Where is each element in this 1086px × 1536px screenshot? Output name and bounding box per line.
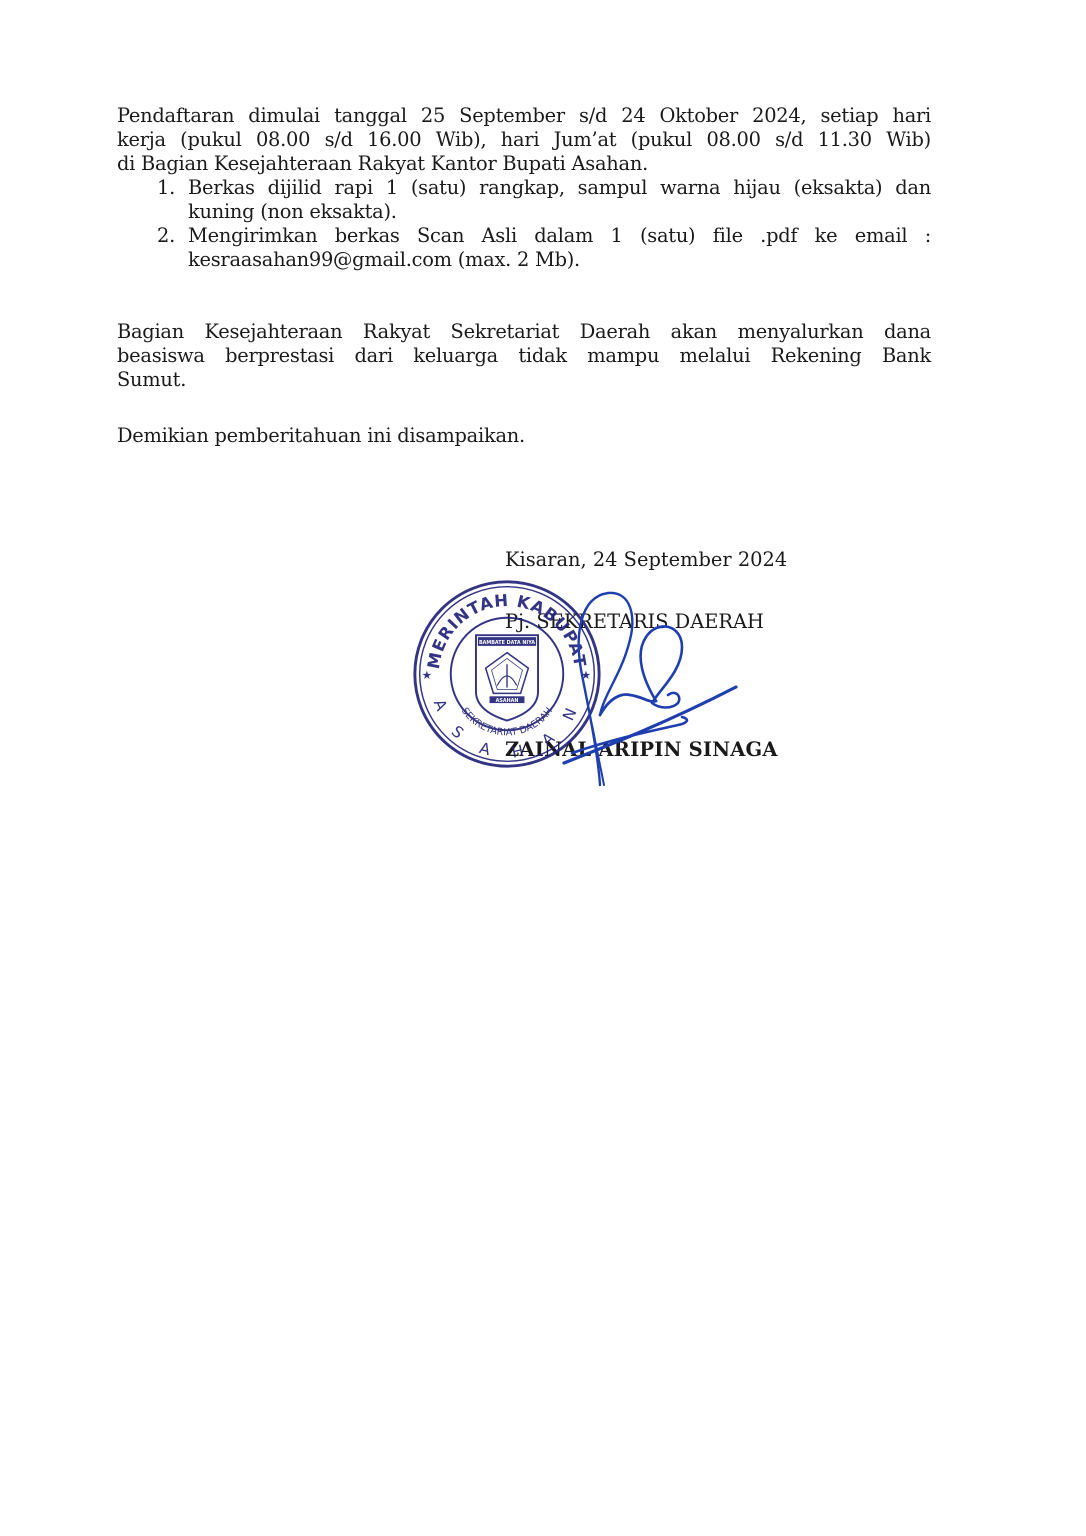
svg-text:ASAHAN: ASAHAN bbox=[496, 698, 519, 704]
signature-block: Kisaran, 24 September 2024 Pj. SEKRETARI… bbox=[0, 0, 1086, 820]
document-page: Pendaftaran dimulai tanggal 25 September… bbox=[0, 0, 1086, 1536]
stamp-inner-text: SEKRETARIAT DAERAH bbox=[459, 706, 555, 739]
svg-text:BAMBATE DATA NIYA: BAMBATE DATA NIYA bbox=[479, 640, 535, 646]
handwritten-signature-icon bbox=[560, 585, 750, 790]
svg-text:★: ★ bbox=[422, 668, 432, 682]
place-date: Kisaran, 24 September 2024 bbox=[505, 548, 787, 572]
emblem-shield-icon bbox=[476, 635, 538, 720]
